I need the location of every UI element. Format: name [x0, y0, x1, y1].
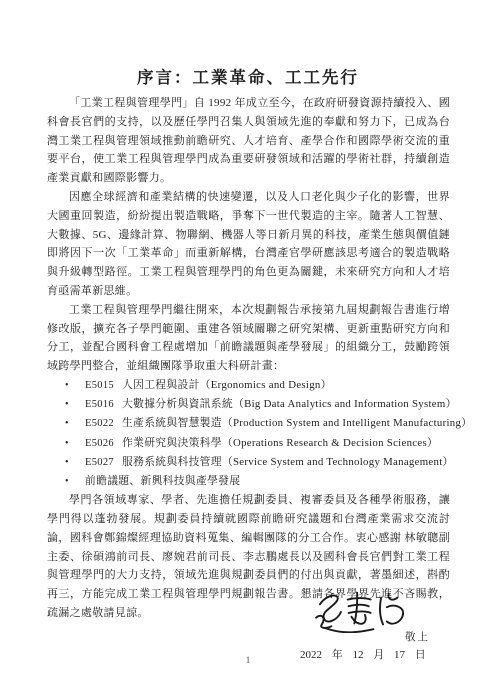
document-page: 序言：工業革命、工工先行 「工業工程與管理學門」自 1992 年成立至今，在政府…: [0, 0, 496, 700]
bullet-icon: •: [65, 434, 85, 453]
discipline-code: E5026: [85, 434, 122, 453]
document-body: 「工業工程與管理學門」自 1992 年成立至今，在政府研發資源持續投入、國科會長…: [47, 94, 450, 623]
page-title: 序言：工業革命、工工先行: [0, 64, 496, 88]
list-item: • E5027 服務系統與科技管理（Service System and Tec…: [65, 453, 450, 472]
discipline-code: E5022: [85, 414, 122, 433]
page-number: 1: [0, 655, 496, 665]
paragraph-plan-scope: 工業工程與管理學門繼往開來，本次規劃報告承接第九屆規劃報告書進行增修改版，擴充各…: [47, 301, 450, 376]
discipline-label: 生產系統與智慧製造（Production System and Intellig…: [122, 414, 472, 433]
bullet-icon: •: [65, 395, 85, 414]
paragraph-global-trends: 因應全球經濟和產業結構的快速變遷，以及人口老化與少子化的影響，世界大國重回製造，…: [47, 188, 450, 301]
discipline-code: E5016: [85, 395, 122, 414]
bullet-icon: •: [65, 376, 85, 395]
discipline-label: 大數據分析與資訊系統（Big Data Analytics and Inform…: [122, 395, 457, 414]
bullet-icon: •: [65, 453, 85, 472]
list-item: • E5022 生產系統與智慧製造（Production System and …: [65, 414, 450, 433]
discipline-code: E5015: [85, 376, 122, 395]
list-item: • E5016 大數據分析與資訊系統（Big Data Analytics an…: [65, 395, 450, 414]
discipline-code: E5027: [85, 453, 122, 472]
discipline-label: 服務系統與科技管理（Service System and Technology …: [122, 453, 454, 472]
list-item: • 前瞻議題、新興科技與產學發展: [65, 472, 450, 491]
discipline-code-list: • E5015 人因工程與設計（Ergonomics and Design） •…: [47, 376, 450, 491]
bullet-icon: •: [65, 472, 85, 491]
bullet-icon: •: [65, 414, 85, 433]
list-item: • E5026 作業研究與決策科學（Operations Research & …: [65, 434, 450, 453]
discipline-label: 人因工程與設計（Ergonomics and Design）: [122, 376, 450, 395]
discipline-label: 作業研究與決策科學（Operations Research & Decision…: [122, 434, 450, 453]
discipline-label: 前瞻議題、新興科技與產學發展: [85, 472, 450, 491]
signature-handwriting-icon: [314, 589, 410, 633]
signature-block: 敬上 2022 年 12 月 17 日: [300, 589, 430, 662]
paragraph-intro: 「工業工程與管理學門」自 1992 年成立至今，在政府研發資源持續投入、國科會長…: [47, 94, 450, 188]
list-item: • E5015 人因工程與設計（Ergonomics and Design）: [65, 376, 450, 395]
